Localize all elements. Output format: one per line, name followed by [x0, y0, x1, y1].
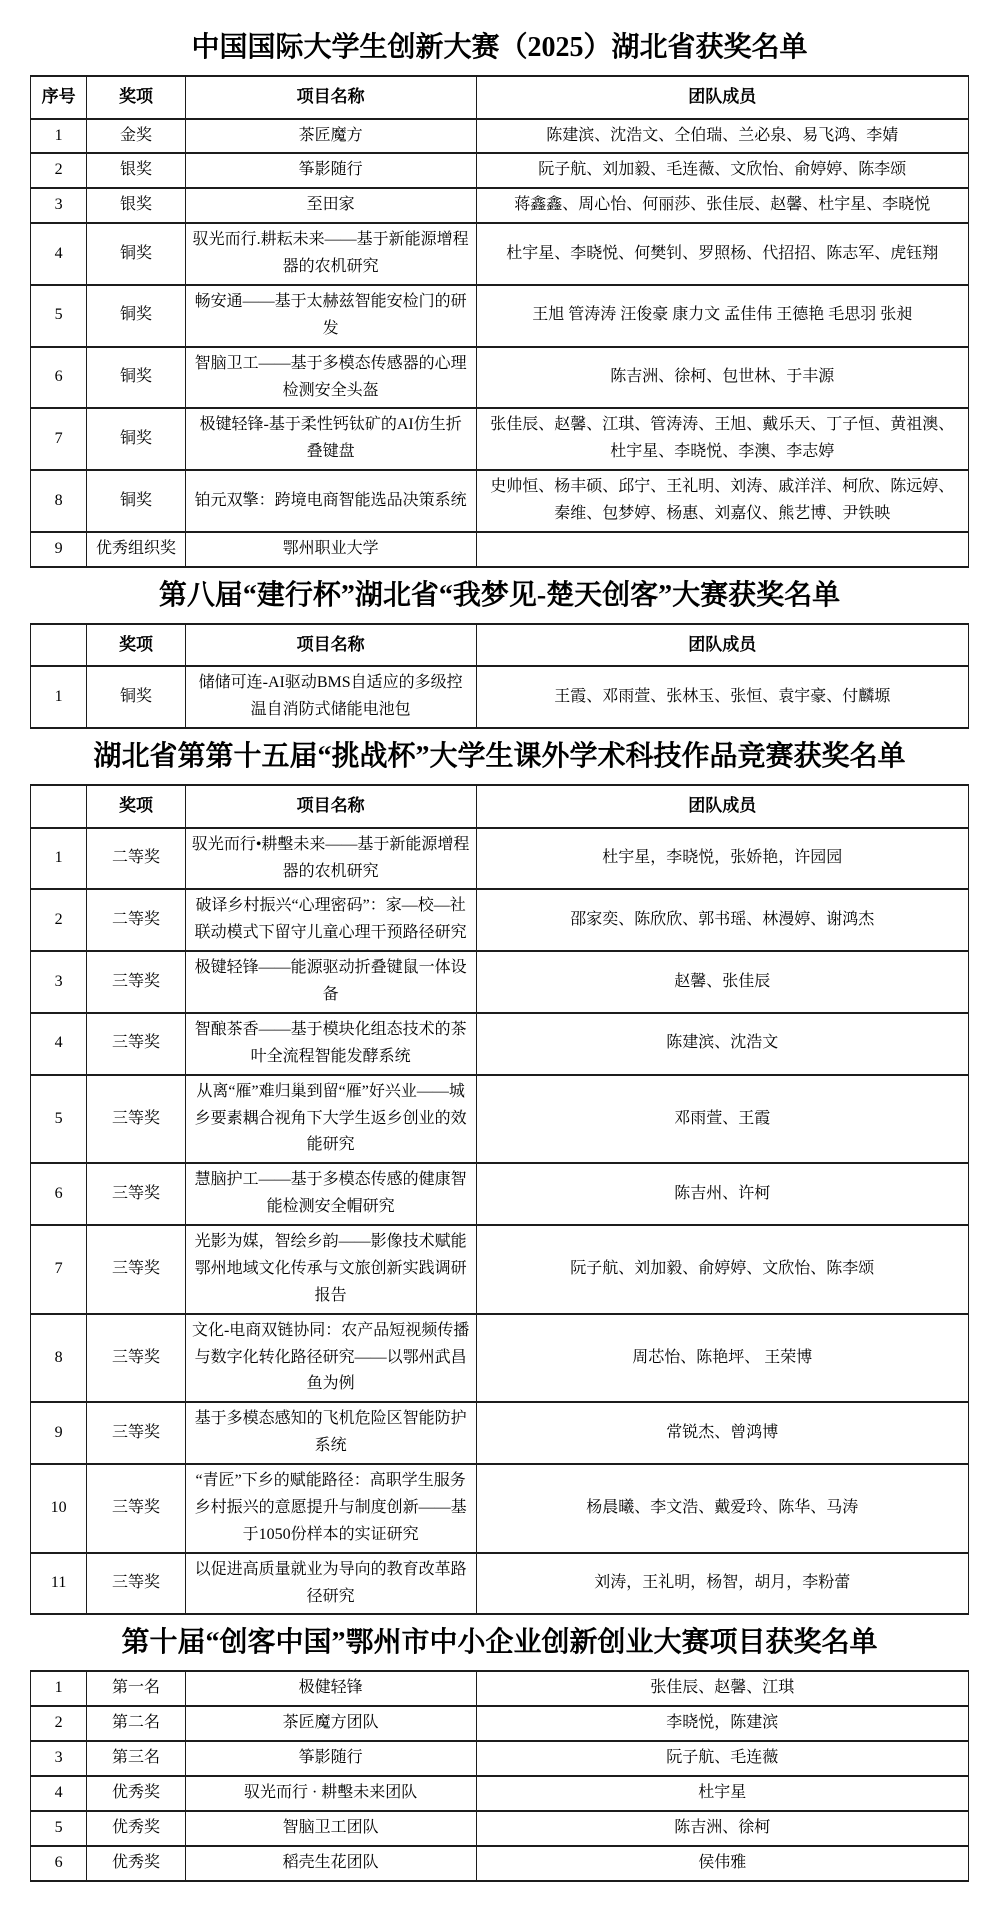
header-cell-award: 奖项 [87, 785, 185, 828]
award-cell: 铜奖 [87, 408, 185, 470]
project-cell: 储储可连-AI驱动BMS自适应的多级控温自消防式储能电池包 [185, 666, 476, 728]
project-cell: 极键轻锋——能源驱动折叠键鼠一体设备 [185, 951, 476, 1013]
award-cell: 铜奖 [87, 470, 185, 532]
award-cell: 铜奖 [87, 347, 185, 409]
project-cell: 光影为媒，智绘乡韵——影像技术赋能鄂州地域文化传承与文旅创新实践调研报告 [185, 1225, 476, 1314]
row-number-cell: 4 [31, 1776, 87, 1811]
table-row: 7三等奖光影为媒，智绘乡韵——影像技术赋能鄂州地域文化传承与文旅创新实践调研报告… [31, 1225, 969, 1314]
row-number-cell: 6 [31, 1846, 87, 1881]
table-row: 6三等奖慧脑护工——基于多模态传感的健康智能检测安全帽研究陈吉州、许柯 [31, 1163, 969, 1225]
table-row: 4优秀奖驭光而行 · 耕墼未来团队杜宇星 [31, 1776, 969, 1811]
section-title: 第十届“创客中国”鄂州市中小企业创新创业大赛项目获奖名单 [30, 1625, 969, 1660]
table-row: 3三等奖极键轻锋——能源驱动折叠键鼠一体设备赵馨、张佳辰 [31, 951, 969, 1013]
members-cell: 陈吉洲、徐柯 [476, 1811, 968, 1846]
project-cell: 鄂州职业大学 [185, 532, 476, 567]
members-cell: 赵馨、张佳辰 [476, 951, 968, 1013]
table-row: 4三等奖智酿茶香——基于模块化组态技术的茶叶全流程智能发酵系统陈建滨、沈浩文 [31, 1013, 969, 1075]
header-cell-project: 项目名称 [185, 624, 476, 667]
header-cell-award: 奖项 [87, 76, 185, 119]
project-cell: 驭光而行.耕耘未来——基于新能源增程器的农机研究 [185, 223, 476, 285]
project-cell: “青匠”下乡的赋能路径：高职学生服务乡村振兴的意愿提升与制度创新——基于1050… [185, 1464, 476, 1553]
table-row: 10三等奖“青匠”下乡的赋能路径：高职学生服务乡村振兴的意愿提升与制度创新——基… [31, 1464, 969, 1553]
award-section: 中国国际大学生创新大赛（2025）湖北省获奖名单 序号奖项项目名称团队成员 1金… [30, 30, 969, 568]
members-cell: 邓雨萱、王霞 [476, 1075, 968, 1164]
award-cell: 三等奖 [87, 1402, 185, 1464]
members-cell: 王旭 管涛涛 汪俊豪 康力文 孟佳伟 王德艳 毛思羽 张昶 [476, 285, 968, 347]
members-cell: 邵家奕、陈欣欣、郭书瑶、林漫婷、谢鸿杰 [476, 889, 968, 951]
project-cell: 慧脑护工——基于多模态传感的健康智能检测安全帽研究 [185, 1163, 476, 1225]
award-cell: 铜奖 [87, 223, 185, 285]
row-number-cell: 7 [31, 1225, 87, 1314]
table-row: 1金奖茶匠魔方陈建滨、沈浩文、仝伯瑞、兰必泉、易飞鸿、李婧 [31, 119, 969, 154]
row-number-cell: 5 [31, 1811, 87, 1846]
table-row: 11三等奖以促进高质量就业为导向的教育改革路径研究刘涛，王礼明，杨智，胡月，李粉… [31, 1553, 969, 1615]
award-cell: 三等奖 [87, 1553, 185, 1615]
project-cell: 茶匠魔方 [185, 119, 476, 154]
header-cell-no: 序号 [31, 76, 87, 119]
members-cell: 陈吉州、许柯 [476, 1163, 968, 1225]
award-cell: 第二名 [87, 1706, 185, 1741]
row-number-cell: 6 [31, 347, 87, 409]
row-number-cell: 1 [31, 666, 87, 728]
award-cell: 二等奖 [87, 828, 185, 890]
members-cell: 李晓悦，陈建滨 [476, 1706, 968, 1741]
row-number-cell: 4 [31, 223, 87, 285]
members-cell: 陈建滨、沈浩文、仝伯瑞、兰必泉、易飞鸿、李婧 [476, 119, 968, 154]
table-row: 6铜奖智脑卫工——基于多模态传感器的心理检测安全头盔陈吉洲、徐柯、包世林、于丰源 [31, 347, 969, 409]
members-cell: 杜宇星，李晓悦，张娇艳，许园园 [476, 828, 968, 890]
row-number-cell: 4 [31, 1013, 87, 1075]
members-cell: 阮子航、毛连薇 [476, 1741, 968, 1776]
table-row: 1二等奖驭光而行•耕墼未来——基于新能源增程器的农机研究杜宇星，李晓悦，张娇艳，… [31, 828, 969, 890]
project-cell: 破译乡村振兴“心理密码”：家—校—社联动模式下留守儿童心理干预路径研究 [185, 889, 476, 951]
table-row: 1第一名极健轻锋张佳辰、赵馨、江琪 [31, 1671, 969, 1706]
row-number-cell: 2 [31, 889, 87, 951]
members-cell: 杜宇星 [476, 1776, 968, 1811]
members-cell: 阮子航、刘加毅、毛连薇、文欣怡、俞婷婷、陈李颂 [476, 153, 968, 188]
members-cell: 张佳辰、赵馨、江琪、管涛涛、王旭、戴乐天、丁子恒、黄祖澳、杜宇星、李晓悦、李澳、… [476, 408, 968, 470]
award-section: 第八届“建行杯”湖北省“我梦见-楚天创客”大赛获奖名单 奖项项目名称团队成员 1… [30, 578, 969, 729]
award-list-document: 中国国际大学生创新大赛（2025）湖北省获奖名单 序号奖项项目名称团队成员 1金… [0, 0, 999, 1932]
award-table: 奖项项目名称团队成员 1二等奖驭光而行•耕墼未来——基于新能源增程器的农机研究杜… [30, 784, 969, 1615]
members-cell: 王霞、邓雨萱、张林玉、张恒、袁宇豪、付麟塬 [476, 666, 968, 728]
members-cell: 陈吉洲、徐柯、包世林、于丰源 [476, 347, 968, 409]
award-cell: 银奖 [87, 153, 185, 188]
row-number-cell: 3 [31, 1741, 87, 1776]
table-row: 8三等奖文化-电商双链协同：农产品短视频传播与数字化转化路径研究——以鄂州武昌鱼… [31, 1314, 969, 1403]
award-cell: 二等奖 [87, 889, 185, 951]
table-header-row: 奖项项目名称团队成员 [31, 785, 969, 828]
members-cell: 阮子航、刘加毅、俞婷婷、文欣怡、陈李颂 [476, 1225, 968, 1314]
members-cell: 周芯怡、陈艳坪、 王荣博 [476, 1314, 968, 1403]
table-row: 2二等奖破译乡村振兴“心理密码”：家—校—社联动模式下留守儿童心理干预路径研究邵… [31, 889, 969, 951]
table-header-row: 奖项项目名称团队成员 [31, 624, 969, 667]
row-number-cell: 9 [31, 532, 87, 567]
table-row: 8铜奖铂元双擎：跨境电商智能选品决策系统史帅恒、杨丰硕、邱宁、王礼明、刘涛、戚洋… [31, 470, 969, 532]
table-row: 7铜奖极键轻锋-基于柔性钙钛矿的AI仿生折叠键盘张佳辰、赵馨、江琪、管涛涛、王旭… [31, 408, 969, 470]
award-cell: 铜奖 [87, 666, 185, 728]
table-row: 5三等奖从离“雁”难归巢到留“雁”好兴业——城乡要素耦合视角下大学生返乡创业的效… [31, 1075, 969, 1164]
award-table: 奖项项目名称团队成员 1铜奖储储可连-AI驱动BMS自适应的多级控温自消防式储能… [30, 623, 969, 729]
table-row: 9三等奖基于多模态感知的飞机危险区智能防护系统常锐杰、曾鸿博 [31, 1402, 969, 1464]
members-cell: 陈建滨、沈浩文 [476, 1013, 968, 1075]
award-cell: 第一名 [87, 1671, 185, 1706]
section-title: 中国国际大学生创新大赛（2025）湖北省获奖名单 [30, 30, 969, 65]
project-cell: 茶匠魔方团队 [185, 1706, 476, 1741]
table-row: 3银奖至田家蒋鑫鑫、周心怡、何丽莎、张佳辰、赵馨、杜宇星、李晓悦 [31, 188, 969, 223]
award-cell: 银奖 [87, 188, 185, 223]
project-cell: 以促进高质量就业为导向的教育改革路径研究 [185, 1553, 476, 1615]
table-header-row: 序号奖项项目名称团队成员 [31, 76, 969, 119]
table-row: 4铜奖驭光而行.耕耘未来——基于新能源增程器的农机研究杜宇星、李晓悦、何樊钊、罗… [31, 223, 969, 285]
award-cell: 金奖 [87, 119, 185, 154]
row-number-cell: 3 [31, 951, 87, 1013]
table-row: 9优秀组织奖鄂州职业大学 [31, 532, 969, 567]
project-cell: 筝影随行 [185, 153, 476, 188]
award-cell: 三等奖 [87, 1314, 185, 1403]
award-section: 第十届“创客中国”鄂州市中小企业创新创业大赛项目获奖名单 1第一名极健轻锋张佳辰… [30, 1625, 969, 1881]
row-number-cell: 7 [31, 408, 87, 470]
members-cell: 侯伟雅 [476, 1846, 968, 1881]
header-cell-no [31, 624, 87, 667]
table-row: 2第二名茶匠魔方团队李晓悦，陈建滨 [31, 1706, 969, 1741]
project-cell: 稻壳生花团队 [185, 1846, 476, 1881]
project-cell: 从离“雁”难归巢到留“雁”好兴业——城乡要素耦合视角下大学生返乡创业的效能研究 [185, 1075, 476, 1164]
award-cell: 铜奖 [87, 285, 185, 347]
row-number-cell: 2 [31, 153, 87, 188]
row-number-cell: 5 [31, 1075, 87, 1164]
project-cell: 驭光而行•耕墼未来——基于新能源增程器的农机研究 [185, 828, 476, 890]
project-cell: 筝影随行 [185, 1741, 476, 1776]
header-cell-project: 项目名称 [185, 76, 476, 119]
members-cell: 张佳辰、赵馨、江琪 [476, 1671, 968, 1706]
row-number-cell: 10 [31, 1464, 87, 1553]
award-cell: 三等奖 [87, 1013, 185, 1075]
award-cell: 优秀奖 [87, 1776, 185, 1811]
table-row: 1铜奖储储可连-AI驱动BMS自适应的多级控温自消防式储能电池包王霞、邓雨萱、张… [31, 666, 969, 728]
award-cell: 三等奖 [87, 1464, 185, 1553]
table-row: 5铜奖畅安通——基于太赫兹智能安检门的研发王旭 管涛涛 汪俊豪 康力文 孟佳伟 … [31, 285, 969, 347]
section-title: 湖北省第第十五届“挑战杯”大学生课外学术科技作品竞赛获奖名单 [30, 739, 969, 774]
table-row: 2银奖筝影随行阮子航、刘加毅、毛连薇、文欣怡、俞婷婷、陈李颂 [31, 153, 969, 188]
project-cell: 极健轻锋 [185, 1671, 476, 1706]
table-row: 3第三名筝影随行阮子航、毛连薇 [31, 1741, 969, 1776]
members-cell: 蒋鑫鑫、周心怡、何丽莎、张佳辰、赵馨、杜宇星、李晓悦 [476, 188, 968, 223]
row-number-cell: 11 [31, 1553, 87, 1615]
members-cell: 杨晨曦、李文浩、戴爱玲、陈华、马涛 [476, 1464, 968, 1553]
members-cell: 史帅恒、杨丰硕、邱宁、王礼明、刘涛、戚洋洋、柯欣、陈远婷、秦维、包梦婷、杨惠、刘… [476, 470, 968, 532]
row-number-cell: 1 [31, 828, 87, 890]
project-cell: 至田家 [185, 188, 476, 223]
project-cell: 基于多模态感知的飞机危险区智能防护系统 [185, 1402, 476, 1464]
award-cell: 第三名 [87, 1741, 185, 1776]
award-cell: 优秀组织奖 [87, 532, 185, 567]
header-cell-award: 奖项 [87, 624, 185, 667]
project-cell: 文化-电商双链协同：农产品短视频传播与数字化转化路径研究——以鄂州武昌鱼为例 [185, 1314, 476, 1403]
row-number-cell: 1 [31, 119, 87, 154]
project-cell: 智脑卫工——基于多模态传感器的心理检测安全头盔 [185, 347, 476, 409]
header-cell-members: 团队成员 [476, 785, 968, 828]
award-cell: 优秀奖 [87, 1846, 185, 1881]
row-number-cell: 8 [31, 470, 87, 532]
row-number-cell: 2 [31, 1706, 87, 1741]
award-section: 湖北省第第十五届“挑战杯”大学生课外学术科技作品竞赛获奖名单 奖项项目名称团队成… [30, 739, 969, 1615]
project-cell: 畅安通——基于太赫兹智能安检门的研发 [185, 285, 476, 347]
header-cell-project: 项目名称 [185, 785, 476, 828]
project-cell: 驭光而行 · 耕墼未来团队 [185, 1776, 476, 1811]
members-cell: 杜宇星、李晓悦、何樊钊、罗照杨、代招招、陈志军、虎钰翔 [476, 223, 968, 285]
award-cell: 三等奖 [87, 1075, 185, 1164]
project-cell: 铂元双擎：跨境电商智能选品决策系统 [185, 470, 476, 532]
award-cell: 三等奖 [87, 1163, 185, 1225]
table-row: 5优秀奖智脑卫工团队陈吉洲、徐柯 [31, 1811, 969, 1846]
award-cell: 三等奖 [87, 1225, 185, 1314]
header-cell-no [31, 785, 87, 828]
award-cell: 三等奖 [87, 951, 185, 1013]
members-cell [476, 532, 968, 567]
row-number-cell: 3 [31, 188, 87, 223]
header-cell-members: 团队成员 [476, 76, 968, 119]
row-number-cell: 8 [31, 1314, 87, 1403]
award-cell: 优秀奖 [87, 1811, 185, 1846]
row-number-cell: 9 [31, 1402, 87, 1464]
header-cell-members: 团队成员 [476, 624, 968, 667]
award-table: 1第一名极健轻锋张佳辰、赵馨、江琪2第二名茶匠魔方团队李晓悦，陈建滨3第三名筝影… [30, 1670, 969, 1881]
project-cell: 智酿茶香——基于模块化组态技术的茶叶全流程智能发酵系统 [185, 1013, 476, 1075]
award-table: 序号奖项项目名称团队成员 1金奖茶匠魔方陈建滨、沈浩文、仝伯瑞、兰必泉、易飞鸿、… [30, 75, 969, 568]
project-cell: 极键轻锋-基于柔性钙钛矿的AI仿生折叠键盘 [185, 408, 476, 470]
members-cell: 常锐杰、曾鸿博 [476, 1402, 968, 1464]
row-number-cell: 5 [31, 285, 87, 347]
row-number-cell: 1 [31, 1671, 87, 1706]
project-cell: 智脑卫工团队 [185, 1811, 476, 1846]
row-number-cell: 6 [31, 1163, 87, 1225]
section-title: 第八届“建行杯”湖北省“我梦见-楚天创客”大赛获奖名单 [30, 578, 969, 613]
table-row: 6优秀奖稻壳生花团队侯伟雅 [31, 1846, 969, 1881]
members-cell: 刘涛，王礼明，杨智，胡月，李粉蕾 [476, 1553, 968, 1615]
